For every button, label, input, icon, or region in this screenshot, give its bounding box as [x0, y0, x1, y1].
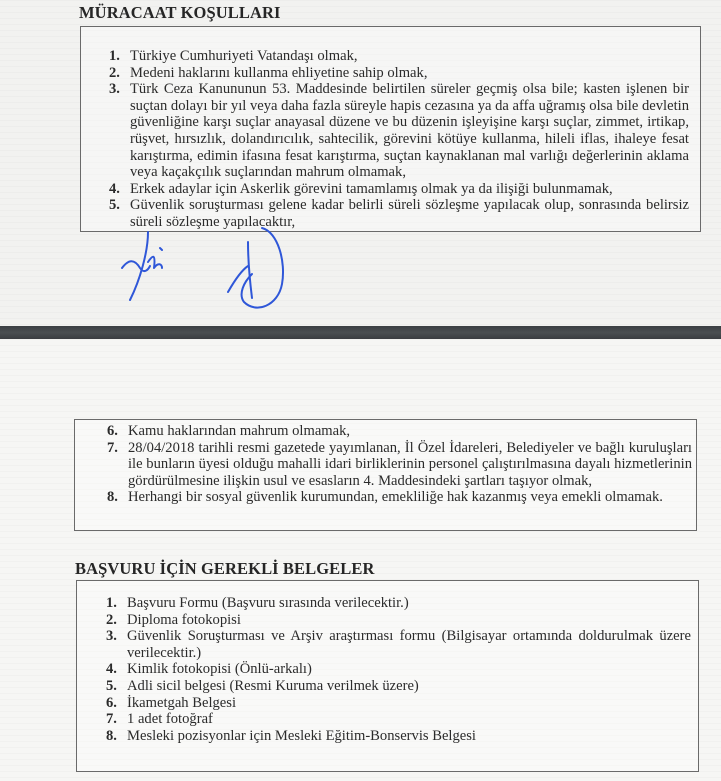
- signature-1-icon: [118, 222, 198, 304]
- item-text: Başvuru Formu (Başvuru sırasında verilec…: [127, 595, 409, 611]
- item-number: 8.: [107, 489, 118, 506]
- signature-2-icon: [222, 222, 302, 314]
- conditions-box-bottom: 6.Kamu haklarından mahrum olmamak,7.28/0…: [74, 419, 697, 531]
- item-number: 4.: [106, 661, 117, 678]
- item-text: Medeni haklarını kullanma ehliyetine sah…: [130, 65, 427, 81]
- item-number: 2.: [106, 612, 117, 629]
- item-text: 1 adet fotoğraf: [127, 711, 213, 727]
- item-number: 5.: [109, 197, 120, 214]
- item-text: Mesleki pozisyonlar için Mesleki Eğitim-…: [127, 728, 476, 744]
- item-number: 5.: [106, 678, 117, 695]
- list-item: 4.Erkek adaylar için Askerlik görevini t…: [109, 181, 689, 198]
- list-item: 7.1 adet fotoğraf: [106, 711, 691, 728]
- list-item: 6.Kamu haklarından mahrum olmamak,: [107, 423, 692, 440]
- list-item: 7.28/04/2018 tarihli resmi gazetede yayı…: [107, 440, 692, 490]
- item-number: 3.: [106, 628, 117, 645]
- document-page-top: MÜRACAAT KOŞULLARI 1.Türkiye Cumhuriyeti…: [0, 0, 721, 326]
- documents-list: 1.Başvuru Formu (Başvuru sırasında veril…: [106, 595, 691, 744]
- item-text: Türkiye Cumhuriyeti Vatandaşı olmak,: [130, 48, 358, 64]
- item-text: Adli sicil belgesi (Resmi Kuruma verilme…: [127, 678, 419, 694]
- item-number: 4.: [109, 181, 120, 198]
- item-text: Erkek adaylar için Askerlik görevini tam…: [130, 181, 613, 197]
- item-text: Kamu haklarından mahrum olmamak,: [128, 423, 350, 439]
- conditions-list-top: 1.Türkiye Cumhuriyeti Vatandaşı olmak,2.…: [109, 48, 689, 231]
- item-number: 2.: [109, 65, 120, 82]
- conditions-list-bottom: 6.Kamu haklarından mahrum olmamak,7.28/0…: [107, 423, 692, 506]
- list-item: 2.Diploma fotokopisi: [106, 612, 691, 629]
- item-number: 6.: [106, 695, 117, 712]
- document-page-bottom: 6.Kamu haklarından mahrum olmamak,7.28/0…: [0, 339, 721, 781]
- item-text: 28/04/2018 tarihli resmi gazetede yayıml…: [128, 440, 692, 489]
- item-number: 6.: [107, 423, 118, 440]
- list-item: 6.İkametgah Belgesi: [106, 695, 691, 712]
- list-item: 3.Türk Ceza Kanununun 53. Maddesinde bel…: [109, 81, 689, 181]
- list-item: 8.Mesleki pozisyonlar için Mesleki Eğiti…: [106, 728, 691, 745]
- item-number: 1.: [109, 48, 120, 65]
- item-number: 3.: [109, 81, 120, 98]
- section-title-conditions: MÜRACAAT KOŞULLARI: [79, 3, 281, 23]
- conditions-box-top: 1.Türkiye Cumhuriyeti Vatandaşı olmak,2.…: [80, 26, 701, 232]
- list-item: 5.Adli sicil belgesi (Resmi Kuruma veril…: [106, 678, 691, 695]
- item-text: Güvenlik Soruşturması ve Arşiv araştırma…: [127, 628, 691, 661]
- item-text: Herhangi bir sosyal güvenlik kurumundan,…: [128, 489, 663, 505]
- item-text: Güvenlik soruşturması gelene kadar belir…: [130, 197, 689, 230]
- documents-box: 1.Başvuru Formu (Başvuru sırasında veril…: [76, 580, 699, 772]
- list-item: 4.Kimlik fotokopisi (Önlü-arkalı): [106, 661, 691, 678]
- item-text: Türk Ceza Kanununun 53. Maddesinde belir…: [130, 81, 689, 180]
- list-item: 2.Medeni haklarını kullanma ehliyetine s…: [109, 65, 689, 82]
- item-text: Diploma fotokopisi: [127, 612, 241, 628]
- item-number: 7.: [107, 440, 118, 457]
- item-number: 8.: [106, 728, 117, 745]
- list-item: 8.Herhangi bir sosyal güvenlik kurumunda…: [107, 489, 692, 506]
- item-number: 1.: [106, 595, 117, 612]
- page-separator: [0, 326, 721, 339]
- list-item: 3.Güvenlik Soruşturması ve Arşiv araştır…: [106, 628, 691, 661]
- section-title-documents: BAŞVURU İÇİN GEREKLİ BELGELER: [75, 559, 375, 579]
- list-item: 1.Başvuru Formu (Başvuru sırasında veril…: [106, 595, 691, 612]
- item-text: Kimlik fotokopisi (Önlü-arkalı): [127, 661, 312, 677]
- list-item: 1.Türkiye Cumhuriyeti Vatandaşı olmak,: [109, 48, 689, 65]
- item-text: İkametgah Belgesi: [127, 695, 236, 711]
- item-number: 7.: [106, 711, 117, 728]
